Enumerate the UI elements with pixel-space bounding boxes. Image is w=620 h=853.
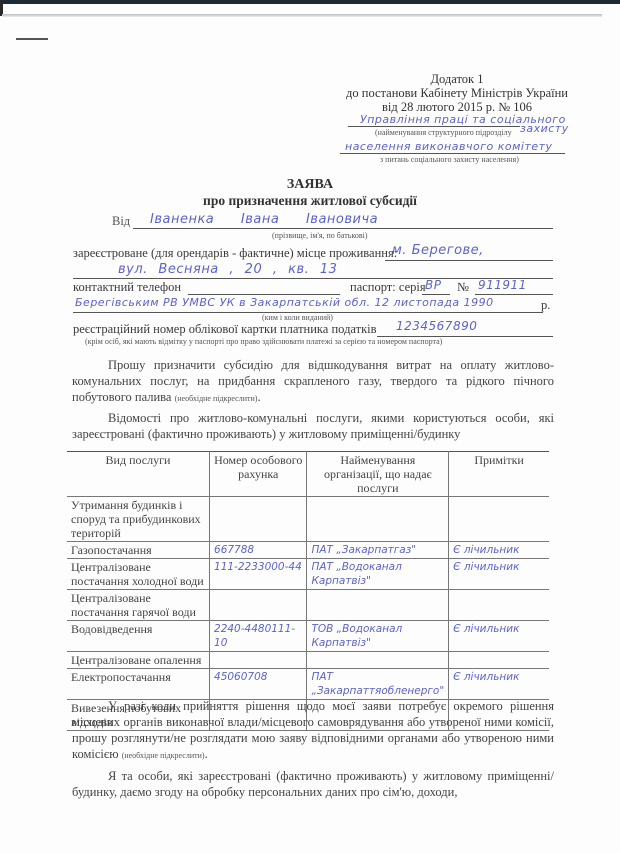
services-intro: Відомості про житлово-комунальні послуги…: [72, 410, 554, 442]
org-cell: ПАТ „Водоканал Карпатвіз": [307, 559, 449, 590]
tax-caption: (крім осіб, які мають відмітку у паспорт…: [85, 337, 442, 346]
org-cell: [307, 652, 449, 669]
account-cell: 45060708: [210, 669, 307, 700]
org-cell: [307, 590, 449, 621]
header-notes: Примітки: [449, 452, 549, 497]
account-cell: 2240-4480111-10: [210, 621, 307, 652]
table-row: Електропостачання 45060708 ПАТ „Закарпат…: [67, 669, 549, 700]
scan-top-edge: [0, 0, 620, 4]
passport-series: ВР: [425, 278, 441, 292]
tax-number: 1234567890: [396, 319, 477, 333]
note-cell: [449, 497, 549, 542]
request-paragraph: Прошу призначити субсидію для відшкодува…: [72, 357, 554, 407]
passport-no-label: №: [457, 280, 469, 295]
table-row: Водовідведення 2240-4480111-10 ТОВ „Водо…: [67, 621, 549, 652]
address-label: зареєстроване (для орендарів - фактичне)…: [73, 246, 397, 261]
issued-caption: (ким і коли виданий): [262, 313, 333, 322]
consent-text: Я та особи, які зареєстровані (фактично …: [72, 769, 554, 799]
dept-line-1: [348, 126, 520, 127]
org-cell: ПАТ „Закарпатгаз": [307, 542, 449, 559]
services-table: Вид послуги Номер особового рахунка Найм…: [67, 451, 549, 731]
header-account-number: Номер особового рахунка: [210, 452, 307, 497]
service-cell: Централізоване опалення: [67, 652, 210, 669]
applicant-name: Іваненка Івана Івановича: [150, 212, 378, 227]
service-cell: Централізоване постачання холодної води: [67, 559, 210, 590]
annex-header: Додаток 1 до постанови Кабінету Міністрі…: [332, 72, 582, 114]
services-intro-text: Відомості про житлово-комунальні послуги…: [72, 411, 554, 441]
org-cell: ПАТ „Закарпаттяобленерго": [307, 669, 449, 700]
document-subtitle: про призначення житлової субсидії: [0, 193, 620, 209]
account-cell: [210, 590, 307, 621]
annex-label: Додаток 1: [332, 72, 582, 86]
decision-paragraph: У разі коли прийняття рішення щодо моєї …: [72, 698, 554, 764]
table-row: Централізоване постачання холодної води …: [67, 559, 549, 590]
address-value-2: вул. Весняна , 20 , кв. 13: [118, 262, 337, 277]
service-cell: Централізоване постачання гарячої води: [67, 590, 210, 621]
phone-label: контактний телефон: [73, 280, 181, 295]
passport-number: 911911: [478, 278, 527, 292]
passport-issued-by: Берегівським РВ УМВС УК в Закарпатській …: [75, 296, 494, 309]
name-caption: (прізвище, ім'я, по батькові): [272, 231, 368, 240]
dept-caption-2: з питань соціального захисту населення): [380, 155, 519, 164]
consent-paragraph: Я та особи, які зареєстровані (фактично …: [72, 768, 554, 800]
table-row: Утримання будинків і споруд та прибудинк…: [67, 497, 549, 542]
note-cell: [449, 652, 549, 669]
phone-line: [188, 294, 340, 295]
dept-handwritten-2: населення виконавчого комітету: [345, 140, 553, 153]
dept-handwritten-1b: захисту: [520, 122, 569, 135]
passport-number-line: [475, 294, 553, 295]
note-cell: Є лічильник: [449, 669, 549, 700]
decree-line-1: до постанови Кабінету Міністрів України: [332, 86, 582, 100]
scan-mark: [16, 38, 48, 40]
service-cell: Водовідведення: [67, 621, 210, 652]
note-cell: Є лічильник: [449, 621, 549, 652]
table-row: Централізоване опалення: [67, 652, 549, 669]
issued-suffix: р.: [541, 298, 550, 313]
note-cell: Є лічильник: [449, 559, 549, 590]
name-line: [133, 228, 553, 229]
address-line-1: [385, 260, 553, 261]
account-cell: [210, 497, 307, 542]
dept-caption-1: (найменування структурного підрозділу: [375, 128, 512, 137]
request-end: .: [257, 390, 260, 404]
account-cell: [210, 652, 307, 669]
service-cell: Утримання будинків і споруд та прибудинк…: [67, 497, 210, 542]
dept-line-2: [340, 153, 565, 154]
decree-line-2: від 28 лютого 2015 р. № 106: [332, 100, 582, 114]
table-row: Газопостачання 667788 ПАТ „Закарпатгаз" …: [67, 542, 549, 559]
table-row: Централізоване постачання гарячої води: [67, 590, 549, 621]
address-value-1: м. Берегове,: [392, 243, 484, 258]
decision-end: .: [205, 747, 208, 761]
account-cell: 667788: [210, 542, 307, 559]
org-cell: ТОВ „Водоканал Карпатвіз": [307, 621, 449, 652]
note-cell: Є лічильник: [449, 542, 549, 559]
header-organization: Найменування організації, що надає послу…: [307, 452, 449, 497]
service-cell: Електропостачання: [67, 669, 210, 700]
request-note: (необхідне підкреслити): [175, 394, 258, 403]
note-cell: [449, 590, 549, 621]
request-text: Прошу призначити субсидію для відшкодува…: [72, 358, 554, 404]
header-service-type: Вид послуги: [67, 452, 210, 497]
account-cell: 111-2233000-44: [210, 559, 307, 590]
from-label: Від: [112, 214, 130, 229]
table-header-row: Вид послуги Номер особового рахунка Найм…: [67, 452, 549, 497]
passport-series-line: [422, 294, 450, 295]
document-title: ЗАЯВА: [0, 177, 620, 193]
org-cell: [307, 497, 449, 542]
tax-label: реєстраційний номер облікової картки пла…: [73, 322, 377, 337]
service-cell: Газопостачання: [67, 542, 210, 559]
decision-note: (необхідне підкреслити): [122, 751, 205, 760]
passport-label: паспорт: серія: [350, 280, 426, 295]
scan-shadow: [2, 14, 602, 17]
